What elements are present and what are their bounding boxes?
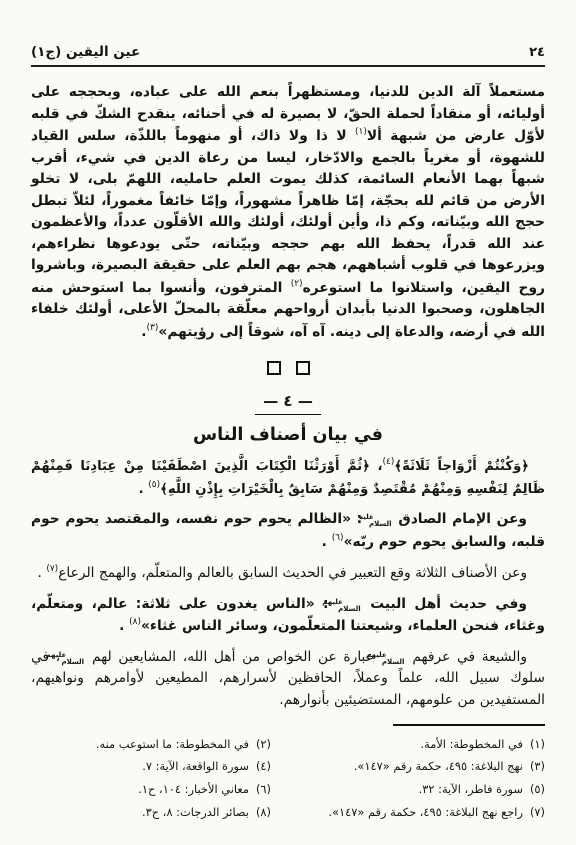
section-end-ornament xyxy=(31,361,545,375)
text-segment: . xyxy=(119,618,129,634)
footnote-separator xyxy=(393,724,545,726)
footnote-item-2: (٢) في المخطوطة: ما استوعب منه. xyxy=(31,735,271,755)
body-paragraph-sadiq-hadith: وعن الإمام الصادق عليه السلام : «الظالم … xyxy=(31,509,545,553)
footnote-text: سورة الواقعة، الآية: ٧. xyxy=(142,757,249,777)
text-segment: . xyxy=(322,534,332,550)
footnote-marker: (١) xyxy=(355,127,367,137)
footnote-text: سورة فاطر، الآية: ٣٢. xyxy=(419,780,523,800)
section-title: في بيان أصناف الناس xyxy=(31,425,545,445)
text-segment: وفي حديث أهل البيت xyxy=(362,596,527,612)
footnote-marker: (٣) xyxy=(147,323,159,333)
footnote-text: راجع نهج البلاغة: ٤٩٥، حكمة رقم «١٤٧». xyxy=(328,803,523,823)
book-page: ٢٤ عين اليقين (ج١) مستعملاً آلة الدين لل… xyxy=(0,0,576,845)
footnote-item-6: (٦) معاني الأخبار: ١٠٤، ح١. xyxy=(31,780,271,800)
section-number-value: ٤ xyxy=(283,392,292,410)
footnote-number: (٥) xyxy=(530,780,545,800)
text-segment: وعن الإمام الصادق xyxy=(393,511,527,527)
square-ornament-icon xyxy=(296,361,310,375)
footnote-text: في المخطوطة: ما استوعب منه. xyxy=(96,735,249,755)
quran-verse-paragraph: ﴿وَكُنْتُمْ أَزْوَاجاً ثَلَاثَةً﴾(٤)، ﴿ث… xyxy=(31,455,545,501)
text-segment: لا ذا ولا ذاك، أو منهوماً باللذّة، سلس ا… xyxy=(31,128,545,296)
square-ornament-icon xyxy=(267,361,281,375)
footnote-marker: (٦) xyxy=(332,533,344,543)
footnote-item-4: (٤) سورة الواقعة، الآية: ٧. xyxy=(31,757,271,777)
footnote-number: (٤) xyxy=(256,757,271,777)
honorific-stamp: عليهم السلام xyxy=(61,652,84,667)
footnote-marker: (٤) xyxy=(383,457,395,467)
footnote-item-5: (٥) سورة فاطر، الآية: ٣٢. xyxy=(285,780,545,800)
footnote-marker: (٧) xyxy=(46,564,58,574)
footnote-marker: (٥) xyxy=(148,480,160,490)
page-number: ٢٤ xyxy=(529,45,545,60)
text-segment: . xyxy=(38,565,47,581)
footnote-number: (٢) xyxy=(256,735,271,755)
footnote-text: بصائر الدرجات: ٨، ح٣. xyxy=(142,803,249,823)
body-paragraph-shia: والشيعة في عرفهم عليهم السلام عبارة عن ا… xyxy=(31,647,545,712)
body-paragraph-continuation: مستعملاً آلة الدين للدنيا، ومستظهراً بنع… xyxy=(31,82,545,343)
page-header: ٢٤ عين اليقين (ج١) xyxy=(31,44,545,67)
footnote-number: (٧) xyxy=(530,803,545,823)
footnotes-block: (١) في المخطوطة: الأمة. (٢) في المخطوطة:… xyxy=(31,735,545,824)
footnote-text: في المخطوطة: الأمة. xyxy=(420,735,522,755)
footnote-item-8: (٨) بصائر الدرجات: ٨، ح٣. xyxy=(31,803,271,823)
footnote-item-3: (٣) نهج البلاغة: ٤٩٥، حكمة رقم «١٤٧». xyxy=(285,757,545,777)
honorific-stamp: عليه السلام xyxy=(369,514,392,529)
text-segment: والشيعة في عرفهم xyxy=(406,649,527,665)
text-segment: عبارة عن الخواص من أهل الله، المشايعين ل… xyxy=(85,649,380,665)
text-segment: وعن الأصناف الثلاثة وقع التعبير في الحدي… xyxy=(58,565,527,581)
section-dash: — xyxy=(298,392,313,410)
section-dash: — xyxy=(263,392,278,410)
footnote-number: (٦) xyxy=(256,780,271,800)
footnote-marker: (٨) xyxy=(129,617,141,627)
book-title: عين اليقين (ج١) xyxy=(31,44,140,60)
text-segment: . xyxy=(139,482,149,497)
text-segment: ، xyxy=(370,459,383,474)
honorific-stamp: عليهم السلام xyxy=(338,599,361,614)
body-paragraph-asnaf: وعن الأصناف الثلاثة وقع التعبير في الحدي… xyxy=(31,562,545,585)
section-number-label: — ٤ — xyxy=(255,392,321,415)
footnote-item-7: (٧) راجع نهج البلاغة: ٤٩٥، حكمة رقم «١٤٧… xyxy=(285,803,545,823)
honorific-stamp: عليهم السلام xyxy=(382,652,405,667)
footnote-item-1: (١) في المخطوطة: الأمة. xyxy=(285,735,545,755)
footnote-number: (٣) xyxy=(530,757,545,777)
footnote-number: (٨) xyxy=(256,803,271,823)
footnote-text: نهج البلاغة: ٤٩٥، حكمة رقم «١٤٧». xyxy=(354,757,523,777)
footnote-number: (١) xyxy=(530,735,545,755)
section-number: — ٤ — xyxy=(31,391,545,415)
quran-text-segment: ﴿وَكُنْتُمْ أَزْوَاجاً ثَلَاثَةً﴾ xyxy=(394,459,529,474)
footnote-marker: (٢) xyxy=(291,279,303,289)
footnote-text: معاني الأخبار: ١٠٤، ح١. xyxy=(138,780,249,800)
body-paragraph-ahlalbayt-hadith: وفي حديث أهل البيت عليهم السلام : «الناس… xyxy=(31,594,545,638)
